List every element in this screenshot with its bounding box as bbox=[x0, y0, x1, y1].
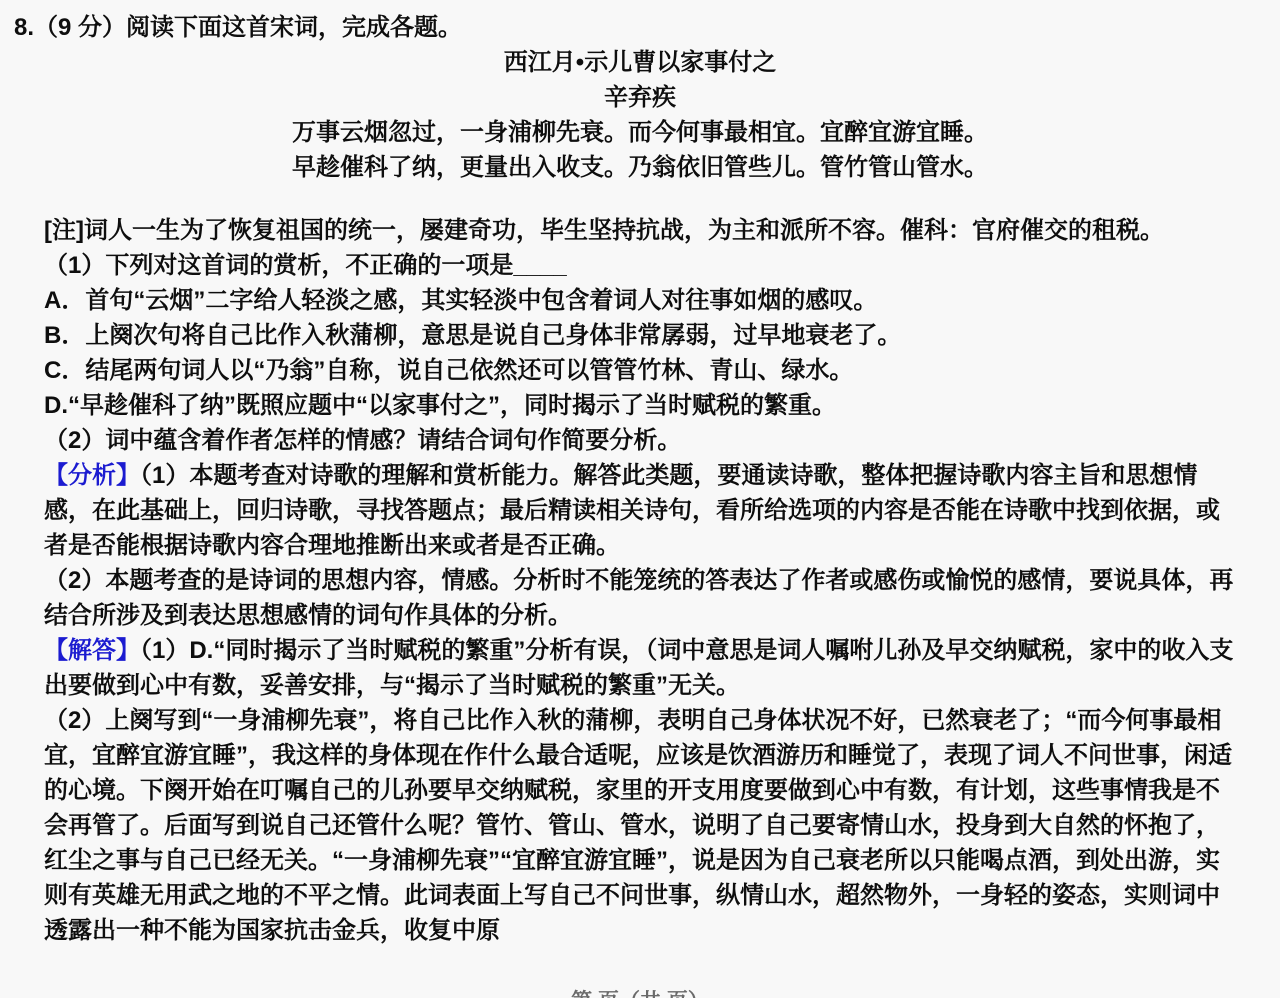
poem-title: 西江月•示儿曹以家事付之 bbox=[44, 45, 1236, 80]
analysis-paragraph-2: （2）本题考查的是诗词的思想内容，情感。分析时不能笼统的答表达了作者或感伤或愉悦… bbox=[44, 563, 1236, 633]
solution-label: 【解答】 bbox=[44, 637, 140, 664]
poem-author: 辛弃疾 bbox=[44, 80, 1236, 115]
analysis-paragraph-1: 【分析】（1）本题考查对诗歌的理解和赏析能力。解答此类题，要通读诗歌，整体把握诗… bbox=[44, 458, 1236, 563]
subquestion-2-stem: （2）词中蕴含着作者怎样的情感？请结合词句作简要分析。 bbox=[44, 423, 1236, 458]
question-header: 8.（9 分）阅读下面这首宋词，完成各题。 bbox=[14, 10, 1236, 45]
subquestion-1-stem: （1）下列对这首词的赏析，不正确的一项是____ bbox=[44, 248, 1236, 283]
question-number: 8. bbox=[14, 14, 34, 41]
exam-document-page: 8.（9 分）阅读下面这首宋词，完成各题。 西江月•示儿曹以家事付之 辛弃疾 万… bbox=[0, 0, 1280, 998]
analysis-label: 【分析】 bbox=[44, 462, 140, 489]
analysis-text-1: （1）本题考查对诗歌的理解和赏析能力。解答此类题，要通读诗歌，整体把握诗歌内容主… bbox=[44, 462, 1220, 559]
poem-block: 西江月•示儿曹以家事付之 辛弃疾 万事云烟忽过，一身浦柳先衰。而今何事最相宜。宜… bbox=[44, 45, 1236, 185]
question-points: （9 分） bbox=[34, 14, 126, 41]
option-c: C．结尾两句词人以“乃翁”自称，说自己依然还可以管管竹林、青山、绿水。 bbox=[44, 353, 1236, 388]
page-footer-clipped: 第 页（共 页） bbox=[0, 987, 1280, 998]
poem-note: [注]词人一生为了恢复祖国的统一，屡建奇功，毕生坚持抗战，为主和派所不容。催科：… bbox=[44, 213, 1236, 248]
question-instruction: 阅读下面这首宋词，完成各题。 bbox=[126, 14, 462, 41]
option-b: B．上阕次句将自己比作入秋蒲柳，意思是说自己身体非常孱弱，过早地衰老了。 bbox=[44, 318, 1236, 353]
option-a: A．首句“云烟”二字给人轻淡之感，其实轻淡中包含着词人对往事如烟的感叹。 bbox=[44, 283, 1236, 318]
solution-text-1: （1）D.“同时揭示了当时赋税的繁重”分析有误，（词中意思是词人嘱咐儿孙及早交纳… bbox=[44, 637, 1233, 699]
solution-paragraph-2: （2）上阕写到“一身浦柳先衰”，将自己比作入秋的蒲柳，表明自己身体状况不好，已然… bbox=[44, 703, 1236, 948]
solution-paragraph-1: 【解答】（1）D.“同时揭示了当时赋税的繁重”分析有误，（词中意思是词人嘱咐儿孙… bbox=[44, 633, 1236, 703]
poem-line-2: 早趁催科了纳，更量出入收支。乃翁依旧管些儿。管竹管山管水。 bbox=[44, 150, 1236, 185]
option-d: D.“早趁催科了纳”既照应题中“以家事付之”，同时揭示了当时赋税的繁重。 bbox=[44, 388, 1236, 423]
poem-line-1: 万事云烟忽过，一身浦柳先衰。而今何事最相宜。宜醉宜游宜睡。 bbox=[44, 115, 1236, 150]
